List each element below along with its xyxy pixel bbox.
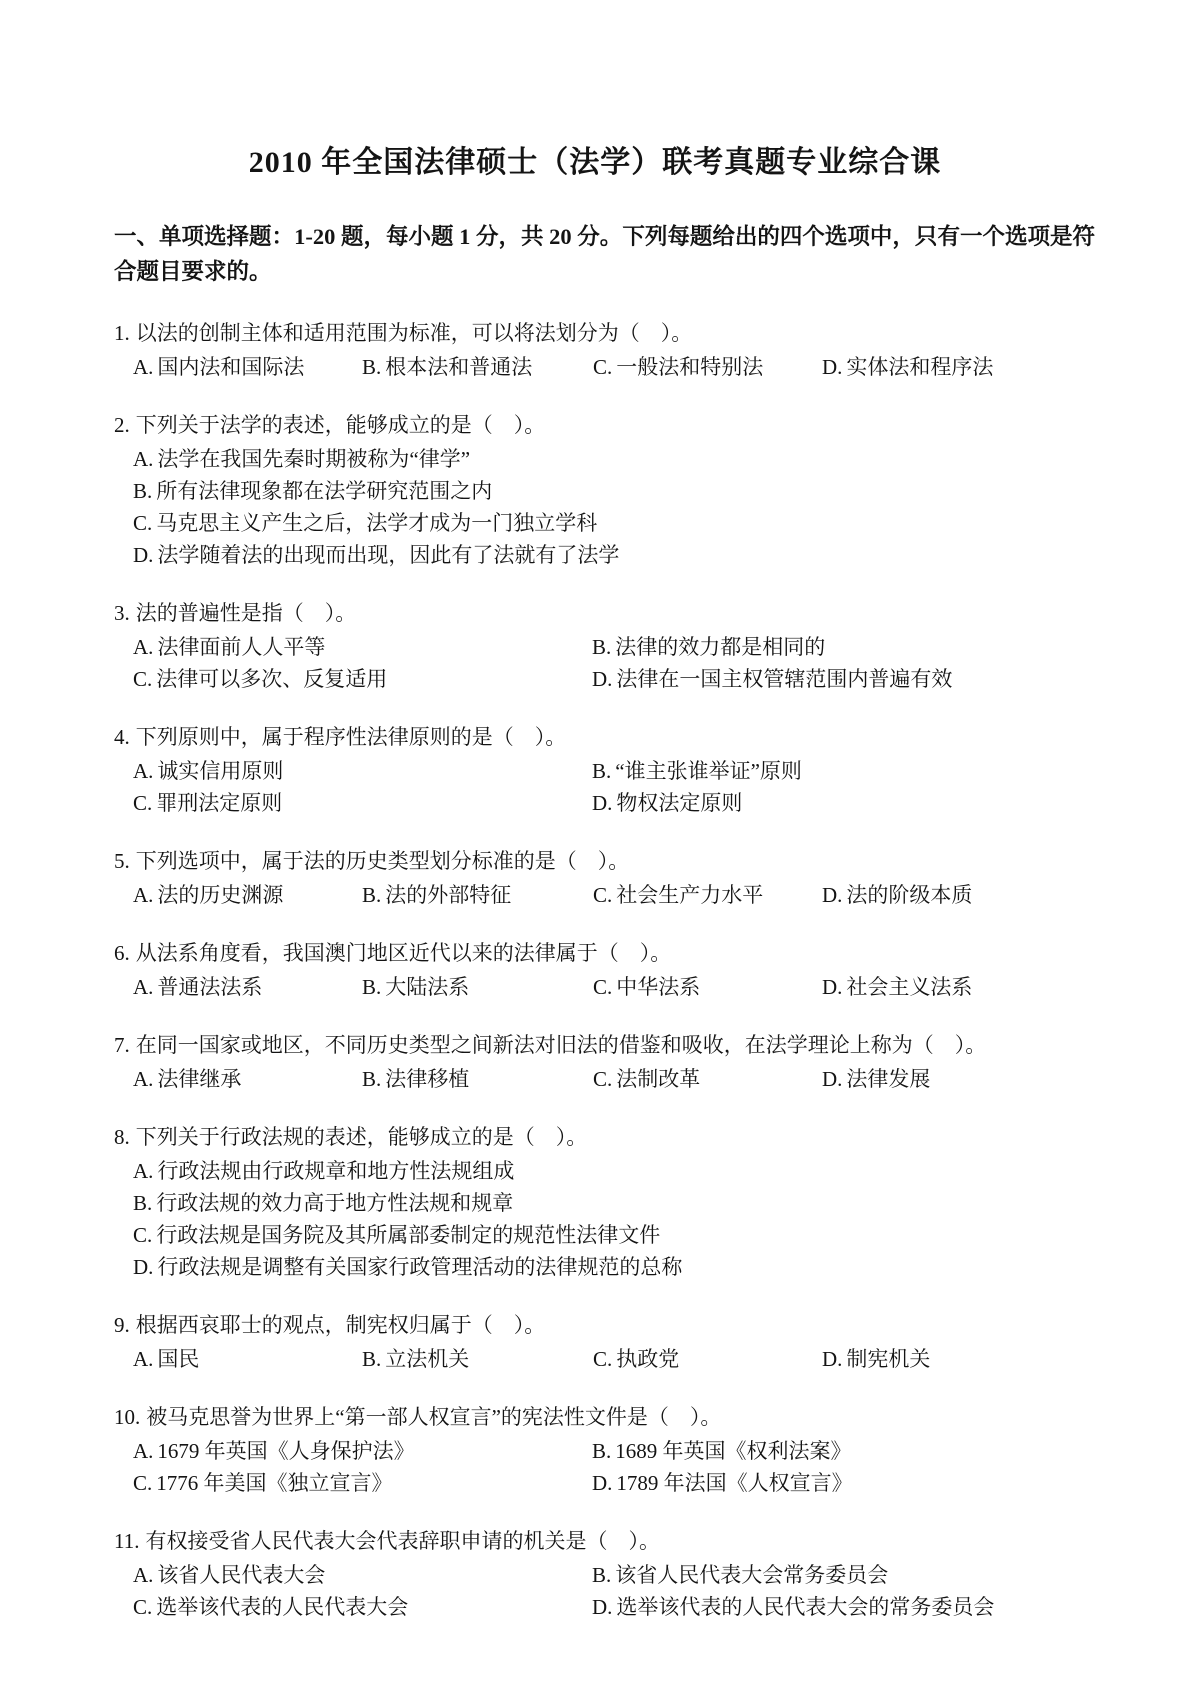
question-block: 1.以法的创制主体和适用范围为标准，可以将法划分为（ ）。A.国内法和国际法B.…	[114, 317, 1105, 383]
question-number: 5.	[114, 849, 130, 873]
question-number: 10.	[114, 1405, 140, 1429]
option-label: A.	[133, 975, 153, 999]
option: C.社会生产力水平	[593, 879, 822, 911]
option-text: 行政法规由行政规章和地方性法规组成	[157, 1159, 514, 1183]
question-number: 4.	[114, 725, 130, 749]
question-block: 5.下列选项中，属于法的历史类型划分标准的是（ ）。A.法的历史渊源B.法的外部…	[114, 845, 1105, 911]
option: B.立法机关	[362, 1343, 593, 1375]
question-stem-text: 从法系角度看，我国澳门地区近代以来的法律属于（ ）。	[136, 941, 672, 965]
option-text: 大陆法系	[385, 975, 469, 999]
question-stem-text: 以法的创制主体和适用范围为标准，可以将法划分为（ ）。	[136, 321, 693, 345]
question-stem-text: 下列选项中，属于法的历史类型划分标准的是（ ）。	[136, 849, 630, 873]
option: D.法的阶级本质	[822, 879, 1105, 911]
option-text: 社会生产力水平	[616, 883, 763, 907]
option-text: 法律移植	[385, 1067, 469, 1091]
question-block: 6.从法系角度看，我国澳门地区近代以来的法律属于（ ）。A.普通法法系B.大陆法…	[114, 937, 1105, 1003]
option-text: 选举该代表的人民代表大会	[156, 1595, 408, 1619]
question-block: 4.下列原则中，属于程序性法律原则的是（ ）。A.诚实信用原则B.“谁主张谁举证…	[114, 721, 1105, 819]
question-block: 8.下列关于行政法规的表述，能够成立的是（ ）。A.行政法规由行政规章和地方性法…	[114, 1121, 1105, 1283]
question-stem: 9.根据西哀耶士的观点，制宪权归属于（ ）。	[114, 1309, 1105, 1341]
option-label: D.	[822, 975, 842, 999]
exam-document-page: 2010 年全国法律硕士（法学）联考真题专业综合课 一、单项选择题：1-20 题…	[0, 0, 1190, 1683]
option: B.1689 年英国《权利法案》	[592, 1435, 1105, 1467]
option-label: D.	[822, 355, 842, 379]
option: D.实体法和程序法	[822, 351, 1105, 383]
option-text: 实体法和程序法	[846, 355, 993, 379]
question-number: 7.	[114, 1033, 130, 1057]
question-stem-text: 在同一国家或地区，不同历史类型之间新法对旧法的借鉴和吸收，在法学理论上称为（ ）…	[136, 1033, 987, 1057]
option: B.所有法律现象都在法学研究范围之内	[133, 475, 1105, 507]
option-label: C.	[593, 355, 612, 379]
option: A.法律面前人人平等	[133, 631, 592, 663]
option: D.选举该代表的人民代表大会的常务委员会	[592, 1591, 1105, 1623]
option: C.执政党	[593, 1343, 822, 1375]
question-stem: 4.下列原则中，属于程序性法律原则的是（ ）。	[114, 721, 1105, 753]
option-text: 行政法规是调整有关国家行政管理活动的法律规范的总称	[157, 1255, 682, 1279]
option-label: A.	[133, 1439, 153, 1463]
option-label: B.	[592, 635, 611, 659]
option-group: A.法律面前人人平等B.法律的效力都是相同的C.法律可以多次、反复适用D.法律在…	[114, 631, 1105, 695]
option: C.法制改革	[593, 1063, 822, 1095]
option-text: 法律面前人人平等	[157, 635, 325, 659]
question-stem: 2.下列关于法学的表述，能够成立的是（ ）。	[114, 409, 1105, 441]
option-label: A.	[133, 883, 153, 907]
option-label: D.	[822, 883, 842, 907]
option: A.1679 年英国《人身保护法》	[133, 1435, 592, 1467]
question-stem: 7.在同一国家或地区，不同历史类型之间新法对旧法的借鉴和吸收，在法学理论上称为（…	[114, 1029, 1105, 1061]
question-stem-text: 下列原则中，属于程序性法律原则的是（ ）。	[136, 725, 567, 749]
option-label: B.	[362, 975, 381, 999]
option-label: D.	[592, 667, 612, 691]
option: D.1789 年法国《人权宣言》	[592, 1467, 1105, 1499]
option: B.法律移植	[362, 1063, 593, 1095]
option: C.1776 年美国《独立宣言》	[133, 1467, 592, 1499]
option-text: 行政法规是国务院及其所属部委制定的规范性法律文件	[156, 1223, 660, 1247]
option-label: B.	[362, 1067, 381, 1091]
option-label: A.	[133, 635, 153, 659]
option: C.一般法和特别法	[593, 351, 822, 383]
option-text: 执政党	[616, 1347, 679, 1371]
option: C.行政法规是国务院及其所属部委制定的规范性法律文件	[133, 1219, 1105, 1251]
question-block: 7.在同一国家或地区，不同历史类型之间新法对旧法的借鉴和吸收，在法学理论上称为（…	[114, 1029, 1105, 1095]
option: C.选举该代表的人民代表大会	[133, 1591, 592, 1623]
option-group: A.法律继承B.法律移植C.法制改革D.法律发展	[114, 1063, 1105, 1095]
question-number: 8.	[114, 1125, 130, 1149]
option-label: A.	[133, 447, 153, 471]
option: A.该省人民代表大会	[133, 1559, 592, 1591]
option-text: 法律的效力都是相同的	[615, 635, 825, 659]
option-text: 法制改革	[616, 1067, 700, 1091]
question-stem: 8.下列关于行政法规的表述，能够成立的是（ ）。	[114, 1121, 1105, 1153]
option-text: 行政法规的效力高于地方性法规和规章	[156, 1191, 513, 1215]
option-text: 国内法和国际法	[157, 355, 304, 379]
option-group: A.国民B.立法机关C.执政党D.制宪机关	[114, 1343, 1105, 1375]
option: D.物权法定原则	[592, 787, 1105, 819]
option-label: D.	[133, 1255, 153, 1279]
option: A.普通法法系	[133, 971, 362, 1003]
option-text: 所有法律现象都在法学研究范围之内	[156, 479, 492, 503]
question-number: 11.	[114, 1529, 139, 1553]
option-text: 法律继承	[157, 1067, 241, 1091]
question-number: 9.	[114, 1313, 130, 1337]
question-stem-text: 有权接受省人民代表大会代表辞职申请的机关是（ ）。	[145, 1529, 660, 1553]
option-label: A.	[133, 355, 153, 379]
option-label: B.	[592, 1439, 611, 1463]
option-label: B.	[133, 1191, 152, 1215]
option-group: A.国内法和国际法B.根本法和普通法C.一般法和特别法D.实体法和程序法	[114, 351, 1105, 383]
option-label: C.	[133, 1223, 152, 1247]
question-block: 3.法的普遍性是指（ ）。A.法律面前人人平等B.法律的效力都是相同的C.法律可…	[114, 597, 1105, 695]
question-stem: 1.以法的创制主体和适用范围为标准，可以将法划分为（ ）。	[114, 317, 1105, 349]
question-stem: 5.下列选项中，属于法的历史类型划分标准的是（ ）。	[114, 845, 1105, 877]
option: A.法学在我国先秦时期被称为“律学”	[133, 443, 1105, 475]
option: A.国民	[133, 1343, 362, 1375]
option: A.国内法和国际法	[133, 351, 362, 383]
option-text: 物权法定原则	[616, 791, 742, 815]
option-label: D.	[822, 1067, 842, 1091]
option-label: A.	[133, 1159, 153, 1183]
option-group: A.普通法法系B.大陆法系C.中华法系D.社会主义法系	[114, 971, 1105, 1003]
option-text: 法学在我国先秦时期被称为“律学”	[157, 447, 470, 471]
option: B.大陆法系	[362, 971, 593, 1003]
option: A.诚实信用原则	[133, 755, 592, 787]
question-block: 11.有权接受省人民代表大会代表辞职申请的机关是（ ）。A.该省人民代表大会B.…	[114, 1525, 1105, 1623]
option-text: 普通法法系	[157, 975, 262, 999]
option-label: C.	[133, 1595, 152, 1619]
option-group: A.1679 年英国《人身保护法》B.1689 年英国《权利法案》C.1776 …	[114, 1435, 1105, 1499]
option-text: 社会主义法系	[846, 975, 972, 999]
option-group: A.该省人民代表大会B.该省人民代表大会常务委员会C.选举该代表的人民代表大会D…	[114, 1559, 1105, 1623]
option-text: 制宪机关	[846, 1347, 930, 1371]
question-stem: 3.法的普遍性是指（ ）。	[114, 597, 1105, 629]
page-title: 2010 年全国法律硕士（法学）联考真题专业综合课	[0, 143, 1190, 183]
option: A.法的历史渊源	[133, 879, 362, 911]
option: D.行政法规是调整有关国家行政管理活动的法律规范的总称	[133, 1251, 1105, 1283]
option-label: C.	[133, 791, 152, 815]
question-stem: 6.从法系角度看，我国澳门地区近代以来的法律属于（ ）。	[114, 937, 1105, 969]
question-stem-text: 下列关于行政法规的表述，能够成立的是（ ）。	[136, 1125, 588, 1149]
option-label: B.	[133, 479, 152, 503]
option: B.“谁主张谁举证”原则	[592, 755, 1105, 787]
question-number: 3.	[114, 601, 130, 625]
question-number: 1.	[114, 321, 130, 345]
option-label: C.	[593, 1347, 612, 1371]
option-text: 法的历史渊源	[157, 883, 283, 907]
option: C.罪刑法定原则	[133, 787, 592, 819]
option-text: 法学随着法的出现而出现，因此有了法就有了法学	[157, 543, 619, 567]
option-text: 诚实信用原则	[157, 759, 283, 783]
question-stem: 11.有权接受省人民代表大会代表辞职申请的机关是（ ）。	[114, 1525, 1105, 1557]
option-text: 根本法和普通法	[385, 355, 532, 379]
option-group: A.法的历史渊源B.法的外部特征C.社会生产力水平D.法的阶级本质	[114, 879, 1105, 911]
option: D.制宪机关	[822, 1343, 1105, 1375]
option-label: D.	[592, 1471, 612, 1495]
option: A.行政法规由行政规章和地方性法规组成	[133, 1155, 1105, 1187]
option-text: 法律在一国主权管辖范围内普遍有效	[616, 667, 952, 691]
option-label: B.	[362, 355, 381, 379]
option-label: A.	[133, 1563, 153, 1587]
option-label: B.	[362, 883, 381, 907]
option-label: C.	[133, 1471, 152, 1495]
option-label: B.	[362, 1347, 381, 1371]
option-text: 立法机关	[385, 1347, 469, 1371]
option-group: A.诚实信用原则B.“谁主张谁举证”原则C.罪刑法定原则D.物权法定原则	[114, 755, 1105, 819]
option: D.法律发展	[822, 1063, 1105, 1095]
option-text: 中华法系	[616, 975, 700, 999]
option-label: B.	[592, 1563, 611, 1587]
question-block: 10.被马克思誉为世界上“第一部人权宣言”的宪法性文件是（ ）。A.1679 年…	[114, 1401, 1105, 1499]
option-text: 国民	[157, 1347, 199, 1371]
question-stem-text: 被马克思誉为世界上“第一部人权宣言”的宪法性文件是（ ）。	[146, 1405, 721, 1429]
option-text: 1776 年美国《独立宣言》	[156, 1471, 392, 1495]
option: B.法律的效力都是相同的	[592, 631, 1105, 663]
option-text: 法律发展	[846, 1067, 930, 1091]
option-text: 该省人民代表大会	[157, 1563, 325, 1587]
question-stem-text: 下列关于法学的表述，能够成立的是（ ）。	[136, 413, 546, 437]
option: C.法律可以多次、反复适用	[133, 663, 592, 695]
option-group: A.行政法规由行政规章和地方性法规组成B.行政法规的效力高于地方性法规和规章C.…	[114, 1155, 1105, 1283]
option: D.法律在一国主权管辖范围内普遍有效	[592, 663, 1105, 695]
option-group: A.法学在我国先秦时期被称为“律学”B.所有法律现象都在法学研究范围之内C.马克…	[114, 443, 1105, 571]
option-label: B.	[592, 759, 611, 783]
option-label: D.	[592, 1595, 612, 1619]
option-label: A.	[133, 759, 153, 783]
section-heading: 一、单项选择题：1-20 题，每小题 1 分，共 20 分。下列每题给出的四个选…	[114, 219, 1095, 289]
option-text: 该省人民代表大会常务委员会	[615, 1563, 888, 1587]
question-stem-text: 法的普遍性是指（ ）。	[136, 601, 357, 625]
option-label: C.	[133, 667, 152, 691]
option-label: C.	[593, 883, 612, 907]
question-number: 2.	[114, 413, 130, 437]
option: B.法的外部特征	[362, 879, 593, 911]
option: B.行政法规的效力高于地方性法规和规章	[133, 1187, 1105, 1219]
option: B.根本法和普通法	[362, 351, 593, 383]
option-label: D.	[592, 791, 612, 815]
option-label: A.	[133, 1347, 153, 1371]
option-text: 法的阶级本质	[846, 883, 972, 907]
option-text: 马克思主义产生之后，法学才成为一门独立学科	[156, 511, 597, 535]
question-block: 9.根据西哀耶士的观点，制宪权归属于（ ）。A.国民B.立法机关C.执政党D.制…	[114, 1309, 1105, 1375]
option-text: 罪刑法定原则	[156, 791, 282, 815]
option-text: 1789 年法国《人权宣言》	[616, 1471, 852, 1495]
option-label: C.	[593, 975, 612, 999]
option-label: C.	[133, 511, 152, 535]
option-text: 1679 年英国《人身保护法》	[157, 1439, 414, 1463]
option-label: C.	[593, 1067, 612, 1091]
option: C.中华法系	[593, 971, 822, 1003]
option: A.法律继承	[133, 1063, 362, 1095]
option: C.马克思主义产生之后，法学才成为一门独立学科	[133, 507, 1105, 539]
option-label: A.	[133, 1067, 153, 1091]
option-text: 一般法和特别法	[616, 355, 763, 379]
question-stem-text: 根据西哀耶士的观点，制宪权归属于（ ）。	[136, 1313, 546, 1337]
option-text: 1689 年英国《权利法案》	[615, 1439, 851, 1463]
option-text: 法的外部特征	[385, 883, 511, 907]
option: D.法学随着法的出现而出现，因此有了法就有了法学	[133, 539, 1105, 571]
option-text: “谁主张谁举证”原则	[615, 759, 802, 783]
option: D.社会主义法系	[822, 971, 1105, 1003]
option: B.该省人民代表大会常务委员会	[592, 1559, 1105, 1591]
question-number: 6.	[114, 941, 130, 965]
option-text: 选举该代表的人民代表大会的常务委员会	[616, 1595, 994, 1619]
question-stem: 10.被马克思誉为世界上“第一部人权宣言”的宪法性文件是（ ）。	[114, 1401, 1105, 1433]
question-list: 1.以法的创制主体和适用范围为标准，可以将法划分为（ ）。A.国内法和国际法B.…	[114, 317, 1105, 1623]
question-block: 2.下列关于法学的表述，能够成立的是（ ）。A.法学在我国先秦时期被称为“律学”…	[114, 409, 1105, 571]
option-label: D.	[822, 1347, 842, 1371]
option-label: D.	[133, 543, 153, 567]
option-text: 法律可以多次、反复适用	[156, 667, 387, 691]
